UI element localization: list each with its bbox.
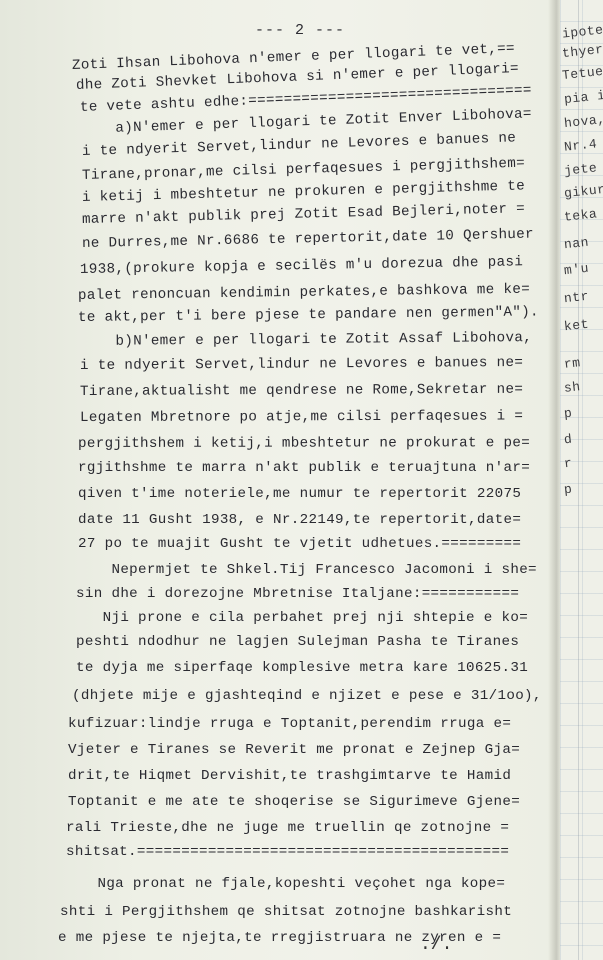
text-line: Tirane,aktualisht me qendrese ne Rome,Se…: [80, 382, 523, 400]
text-line: pergjithshem i ketij,i mbeshtetur ne pro…: [78, 435, 530, 452]
text-line: marre n'akt publik prej Zotit Esad Bejle…: [82, 201, 525, 228]
text-line: qiven t'ime noteriele,me numur te repert…: [78, 486, 521, 502]
adjacent-text-fragment: r: [563, 456, 573, 472]
text-line: Legaten Mbretnore po atje,me cilsi perfa…: [80, 408, 523, 426]
text-line: (dhjete mije e gjashteqind e njizet e pe…: [72, 688, 542, 704]
adjacent-text-fragment: nan: [563, 235, 589, 253]
adjacent-text-fragment: thyer: [561, 42, 603, 61]
adjacent-text-fragment: sh: [563, 379, 581, 396]
text-line: te akt,per t'i bere pjese te pandare nen…: [78, 304, 539, 326]
text-line: palet renoncuan kendimin perkates,e bash…: [78, 282, 530, 304]
adjacent-text-fragment: ipotek: [561, 21, 603, 41]
text-line: 1938,(prokure kopja e secilës m'u dorezu…: [80, 254, 523, 278]
adjacent-text-fragment: teka: [563, 206, 598, 224]
continuation-mark: ./.: [420, 935, 452, 955]
text-line: rgjithshme te marra n'akt publik e terua…: [78, 460, 530, 476]
typewritten-sheet: --- 2 --- Zoti Ihsan Libohova n'emer e p…: [0, 0, 560, 960]
text-line: i te ndyerit Servet,lindur ne Levores e …: [80, 355, 523, 374]
adjacent-text-fragment: rm: [563, 355, 581, 372]
adjacent-text-fragment: Nr.4: [563, 136, 598, 154]
page-number: --- 2 ---: [255, 22, 345, 39]
text-line: date 11 Gusht 1938, e Nr.22149,te repert…: [78, 512, 521, 528]
adjacent-text-fragment: hova,: [563, 112, 603, 131]
text-line: shitsat.================================…: [66, 844, 509, 860]
adjacent-text-fragment: p: [563, 482, 573, 498]
text-line: Nepermjet te Shkel.Tij Francesco Jacomon…: [76, 562, 537, 578]
adjacent-text-fragment: ket: [563, 317, 589, 335]
text-line: b)N'emer e per llogari te Zotit Assaf Li…: [80, 330, 532, 350]
text-line: shti i Pergjithshem qe shitsat zotnojne …: [60, 904, 512, 920]
adjacent-text-fragment: gikur: [563, 182, 603, 201]
text-line: Vjeter e Tiranes se Reverit me pronat e …: [68, 742, 520, 758]
adjacent-text-fragment: d: [563, 432, 573, 448]
text-line: rali Trieste,dhe ne juge me truellin qe …: [66, 820, 509, 836]
adjacent-text-fragment: Tetue: [561, 64, 603, 83]
text-line: sin dhe i dorezojne Mbretnise Italjane:=…: [76, 586, 519, 602]
adjacent-text-fragment: pia i: [563, 88, 603, 107]
adjacent-page: ipotekthyerTetuepia ihova,Nr.4jetegikurt…: [560, 0, 603, 960]
text-line: te dyja me siperfaqe komplesive metra ka…: [76, 660, 528, 676]
text-line: Toptanit e me ate te shoqerise se Siguri…: [68, 794, 520, 810]
text-line: kufizuar:lindje rruga e Toptanit,perendi…: [68, 716, 511, 732]
text-line: Nga pronat ne fjale,kopeshti veçohet nga…: [62, 876, 505, 892]
text-line: peshti ndodhur ne lagjen Sulejman Pasha …: [76, 634, 519, 650]
text-line: Nji prone e cila perbahet prej nji shtep…: [76, 610, 528, 626]
text-line: drit,te Hiqmet Dervishit,te trashgimtarv…: [68, 768, 511, 784]
adjacent-text-fragment: m'u: [563, 261, 589, 279]
text-line: ne Durres,me Nr.6686 te repertorit,date …: [82, 227, 534, 252]
adjacent-text-fragment: p: [563, 406, 573, 422]
document-page: --- 2 --- Zoti Ihsan Libohova n'emer e p…: [0, 0, 560, 960]
text-line: 27 po te muajit Gusht te vjetit udhetues…: [78, 536, 521, 552]
adjacent-text-fragment: jete: [563, 160, 598, 178]
adjacent-text-fragment: ntr: [563, 289, 589, 307]
